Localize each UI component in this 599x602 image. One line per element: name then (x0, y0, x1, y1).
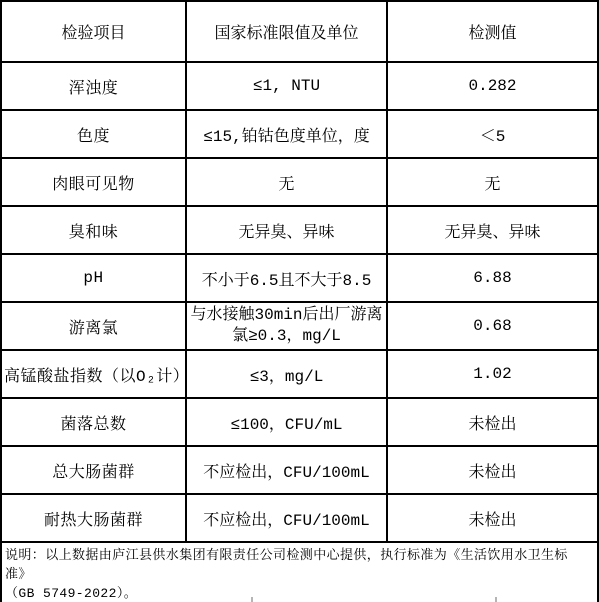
measured-value: 无异臭、异味 (387, 206, 598, 254)
item-name: 浑浊度 (1, 62, 186, 110)
measured-value: 1.02 (387, 350, 598, 398)
measured-value: 未检出 (387, 494, 598, 542)
item-name: 耐热大肠菌群 (1, 494, 186, 542)
item-name: 高锰酸盐指数（以O₂计） (1, 350, 186, 398)
measured-value: 0.68 (387, 302, 598, 350)
measured-value: 无 (387, 158, 598, 206)
water-quality-table: 检验项目 国家标准限值及单位 检测值 浑浊度 ≤1, NTU 0.282 色度 … (0, 0, 599, 602)
measured-value: 0.282 (387, 62, 598, 110)
table-header-row: 检验项目 国家标准限值及单位 检测值 (1, 1, 598, 62)
table-row-visible-matter: 肉眼可见物 无 无 (1, 158, 598, 206)
standard-limit: ≤15,铂钴色度单位，度 (186, 110, 387, 158)
standard-limit: ≤100，CFU/mL (186, 398, 387, 446)
table-row-permanganate-index: 高锰酸盐指数（以O₂计） ≤3，mg/L 1.02 (1, 350, 598, 398)
item-name: 色度 (1, 110, 186, 158)
item-name: 臭和味 (1, 206, 186, 254)
item-name: 游离氯 (1, 302, 186, 350)
table-row-ph: pH 不小于6.5且不大于8.5 6.88 (1, 254, 598, 302)
measured-value: ＜5 (387, 110, 598, 158)
standard-limit: ≤1, NTU (186, 62, 387, 110)
col-header-value: 检测值 (387, 1, 598, 62)
col-header-standard: 国家标准限值及单位 (186, 1, 387, 62)
standard-limit: ≤3，mg/L (186, 350, 387, 398)
divider (251, 597, 253, 602)
table-row-turbidity: 浑浊度 ≤1, NTU 0.282 (1, 62, 598, 110)
item-name: 总大肠菌群 (1, 446, 186, 494)
standard-limit: 无 (186, 158, 387, 206)
table-row-thermotolerant-coliform: 耐热大肠菌群 不应检出，CFU/100mL 未检出 (1, 494, 598, 542)
standard-limit: 不小于6.5且不大于8.5 (186, 254, 387, 302)
measured-value: 未检出 (387, 398, 598, 446)
water-quality-report: 检验项目 国家标准限值及单位 检测值 浑浊度 ≤1, NTU 0.282 色度 … (0, 0, 599, 602)
item-name: pH (1, 254, 186, 302)
measured-value: 6.88 (387, 254, 598, 302)
measured-value: 未检出 (387, 446, 598, 494)
standard-limit: 与水接触30min后出厂游离 氯≥0.3，mg/L (186, 302, 387, 350)
col-header-item: 检验项目 (1, 1, 186, 62)
standard-limit: 无异臭、异味 (186, 206, 387, 254)
table-note-row: 说明：以上数据由庐江县供水集团有限责任公司检测中心提供，执行标准为《生活饮用水卫… (1, 542, 598, 602)
item-name: 菌落总数 (1, 398, 186, 446)
table-row-colony-count: 菌落总数 ≤100，CFU/mL 未检出 (1, 398, 598, 446)
table-row-color: 色度 ≤15,铂钴色度单位，度 ＜5 (1, 110, 598, 158)
divider (495, 597, 497, 602)
table-row-free-chlorine: 游离氯 与水接触30min后出厂游离 氯≥0.3，mg/L 0.68 (1, 302, 598, 350)
note-text: 说明：以上数据由庐江县供水集团有限责任公司检测中心提供，执行标准为《生活饮用水卫… (1, 542, 598, 602)
item-name: 肉眼可见物 (1, 158, 186, 206)
table-row-total-coliform: 总大肠菌群 不应检出，CFU/100mL 未检出 (1, 446, 598, 494)
table-row-odor-taste: 臭和味 无异臭、异味 无异臭、异味 (1, 206, 598, 254)
standard-limit: 不应检出，CFU/100mL (186, 494, 387, 542)
standard-limit: 不应检出，CFU/100mL (186, 446, 387, 494)
